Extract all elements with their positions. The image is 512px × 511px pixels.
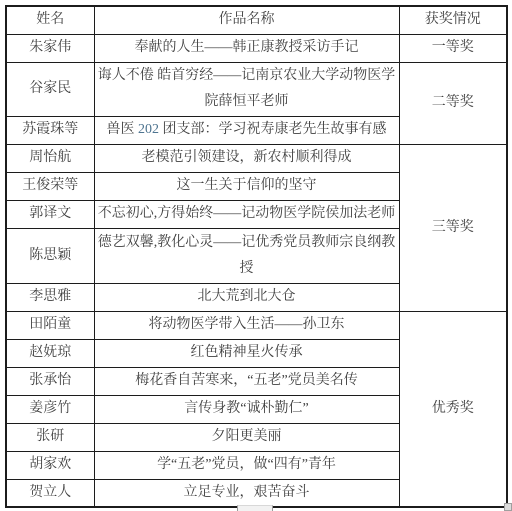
table-row: 田陌童 将动物医学带入生活——孙卫东 优秀奖 [6, 311, 507, 339]
name-cell: 郭译文 [6, 200, 94, 228]
name-cell: 李思雅 [6, 283, 94, 311]
title-cell: 梅花香自苦寒来，“五老”党员美名传 [94, 367, 399, 395]
title-cell: 北大荒到北大仓 [94, 283, 399, 311]
title-cell: 兽医 202 团支部：学习祝寿康老先生故事有感 [94, 116, 399, 144]
award-cell: 一等奖 [399, 34, 507, 62]
name-cell: 田陌童 [6, 311, 94, 339]
title-cell: 奉献的人生——韩正康教授采访手记 [94, 34, 399, 62]
column-header-title: 作品名称 [94, 6, 399, 34]
title-cell: 老模范引领建设，新农村顺利得成 [94, 144, 399, 172]
title-cell: 德艺双馨,教化心灵——记优秀党员教师宗良纲教授 [94, 228, 399, 283]
resize-grip[interactable] [504, 503, 512, 511]
name-cell: 谷家民 [6, 62, 94, 116]
award-cell: 二等奖 [399, 62, 507, 144]
name-cell: 苏霞珠等 [6, 116, 94, 144]
name-cell: 周怡航 [6, 144, 94, 172]
table-row: 谷家民 诲人不倦 皓首穷经——记南京农业大学动物医学院薛恒平老师 二等奖 [6, 62, 507, 116]
title-cell: 不忘初心,方得始终——记动物医学院侯加法老师 [94, 200, 399, 228]
column-header-award: 获奖情况 [399, 6, 507, 34]
column-header-name: 姓名 [6, 6, 94, 34]
name-cell: 张研 [6, 423, 94, 451]
title-text: 团支部：学习祝寿康老先生故事有感 [159, 122, 387, 137]
table-row: 周怡航 老模范引领建设，新农村顺利得成 三等奖 [6, 144, 507, 172]
name-cell: 朱家伟 [6, 34, 94, 62]
table-row: 朱家伟 奉献的人生——韩正康教授采访手记 一等奖 [6, 34, 507, 62]
name-cell: 张承怡 [6, 367, 94, 395]
title-cell: 学“五老”党员，做“四有”青年 [94, 451, 399, 479]
name-cell: 陈思颖 [6, 228, 94, 283]
title-cell: 将动物医学带入生活——孙卫东 [94, 311, 399, 339]
header-row: 姓名 作品名称 获奖情况 [6, 6, 507, 34]
award-cell: 三等奖 [399, 144, 507, 311]
title-cell: 夕阳更美丽 [94, 423, 399, 451]
title-cell: 诲人不倦 皓首穷经——记南京农业大学动物医学院薛恒平老师 [94, 62, 399, 116]
awards-table: 姓名 作品名称 获奖情况 朱家伟 奉献的人生——韩正康教授采访手记 一等奖 谷家… [5, 5, 508, 508]
title-cell: 立足专业，艰苦奋斗 [94, 479, 399, 507]
award-cell: 优秀奖 [399, 311, 507, 507]
name-cell: 赵妩琼 [6, 339, 94, 367]
title-cell: 言传身教“诚朴勤仁” [94, 395, 399, 423]
name-cell: 贺立人 [6, 479, 94, 507]
class-number: 202 [138, 122, 159, 137]
name-cell: 王俊荣等 [6, 172, 94, 200]
title-text: 兽医 [107, 122, 139, 137]
title-cell: 这一生关于信仰的坚守 [94, 172, 399, 200]
page-widget-fragment[interactable] [237, 505, 273, 511]
name-cell: 胡家欢 [6, 451, 94, 479]
title-cell: 红色精神星火传承 [94, 339, 399, 367]
name-cell: 姜彦竹 [6, 395, 94, 423]
